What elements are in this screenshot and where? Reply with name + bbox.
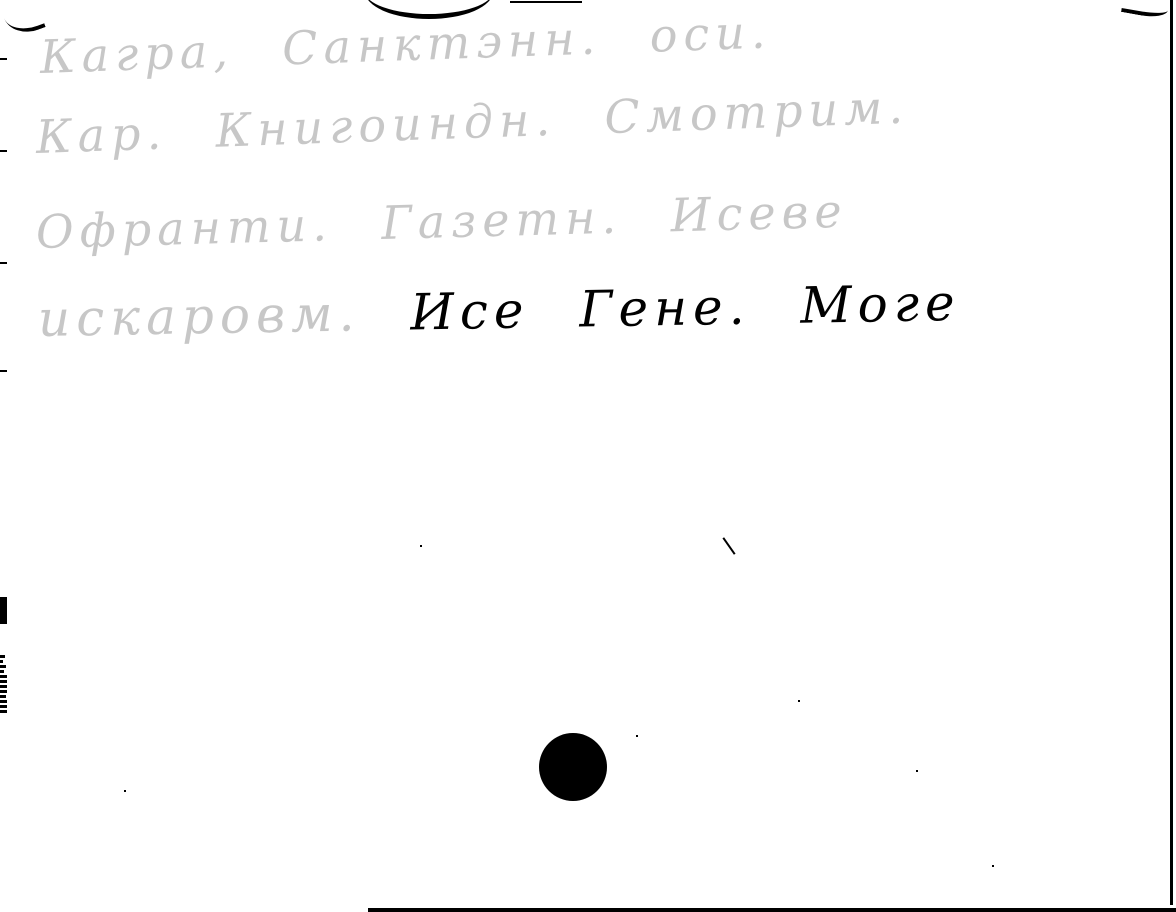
margin-tick xyxy=(0,150,7,152)
handwriting-line-2: Кар. Книгоиндн. Смотрим. xyxy=(35,79,938,164)
stray-pen-stroke xyxy=(722,537,735,555)
handwriting-word: Кагра, xyxy=(39,23,235,84)
page-corner-mark-right xyxy=(1121,0,1169,20)
scan-speck xyxy=(992,865,994,867)
handwriting-word: Исеве xyxy=(670,184,848,243)
handwriting-line-3: Офранти. Газетн. Исеве xyxy=(35,183,876,259)
bottom-scan-edge xyxy=(368,908,1176,912)
edge-mark xyxy=(0,597,7,624)
handwriting-word: Книгоиндн. xyxy=(215,92,557,158)
scan-speck xyxy=(420,545,422,547)
handwriting-word: Санктэнн. xyxy=(281,10,602,75)
handwriting-word: Газетн. xyxy=(381,190,623,250)
edge-barcode xyxy=(0,655,8,745)
scanned-page: Кагра, Санктэнн. оси. Кар. Книгоиндн. См… xyxy=(0,0,1176,912)
handwriting-word: Офранти. xyxy=(35,197,333,259)
handwriting-word: искаровм. xyxy=(37,284,360,348)
margin-tick xyxy=(0,262,7,264)
handwriting-line-4: искаровм. Исе Гене. Моге xyxy=(37,273,989,348)
handwriting-word: оси. xyxy=(649,4,773,62)
handwriting-word: Смотрим. xyxy=(604,80,910,145)
right-scan-border xyxy=(1170,0,1173,905)
handwriting-word: Исе xyxy=(410,281,530,341)
handwriting-word: Кар. xyxy=(35,105,168,164)
scan-speck xyxy=(636,735,638,737)
handwriting-word: Моге xyxy=(800,274,961,335)
margin-tick xyxy=(0,370,7,372)
margin-tick xyxy=(0,58,7,60)
handwriting-word: Гене. xyxy=(579,278,751,339)
punch-hole-dot xyxy=(539,733,607,801)
scan-speck xyxy=(798,700,800,702)
top-edge-dash xyxy=(510,1,582,3)
scan-speck xyxy=(916,770,918,772)
scan-speck xyxy=(124,790,126,792)
